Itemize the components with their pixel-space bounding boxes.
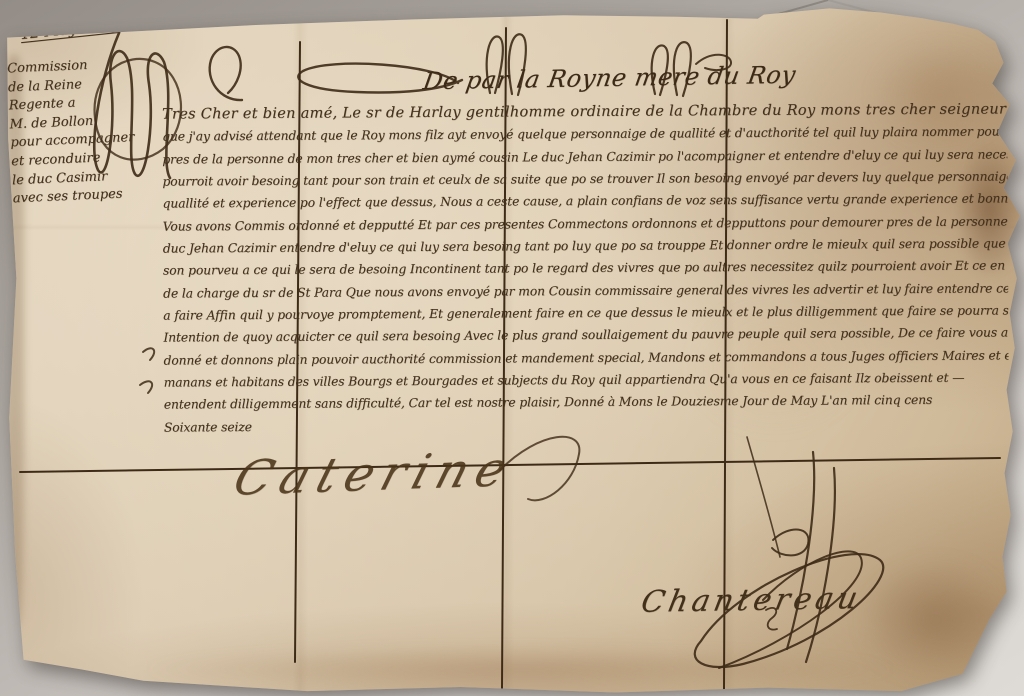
margin-mark-icon (140, 381, 152, 393)
countersignature-paraph-icon (772, 529, 808, 555)
letter-body: Tres Cher et bien amé, Le sr de Harlay g… (162, 98, 1009, 438)
secretary-countersignature: Chantereau (638, 581, 864, 620)
margin-mark-icon (143, 348, 154, 360)
queen-signature: Caterine (227, 441, 521, 507)
photo-stage: 12 May 1576 Commission de la Reine Regen… (0, 0, 1024, 696)
margin-summary-note: Commission de la Reine Regente a M. de B… (7, 54, 168, 209)
heading-flourish-icon (210, 47, 242, 100)
countersignature-paraph-icon (787, 452, 814, 649)
paper-sheet: 12 May 1576 Commission de la Reine Regen… (0, 0, 1024, 696)
manuscript-paper: 12 May 1576 Commission de la Reine Regen… (0, 0, 1024, 696)
